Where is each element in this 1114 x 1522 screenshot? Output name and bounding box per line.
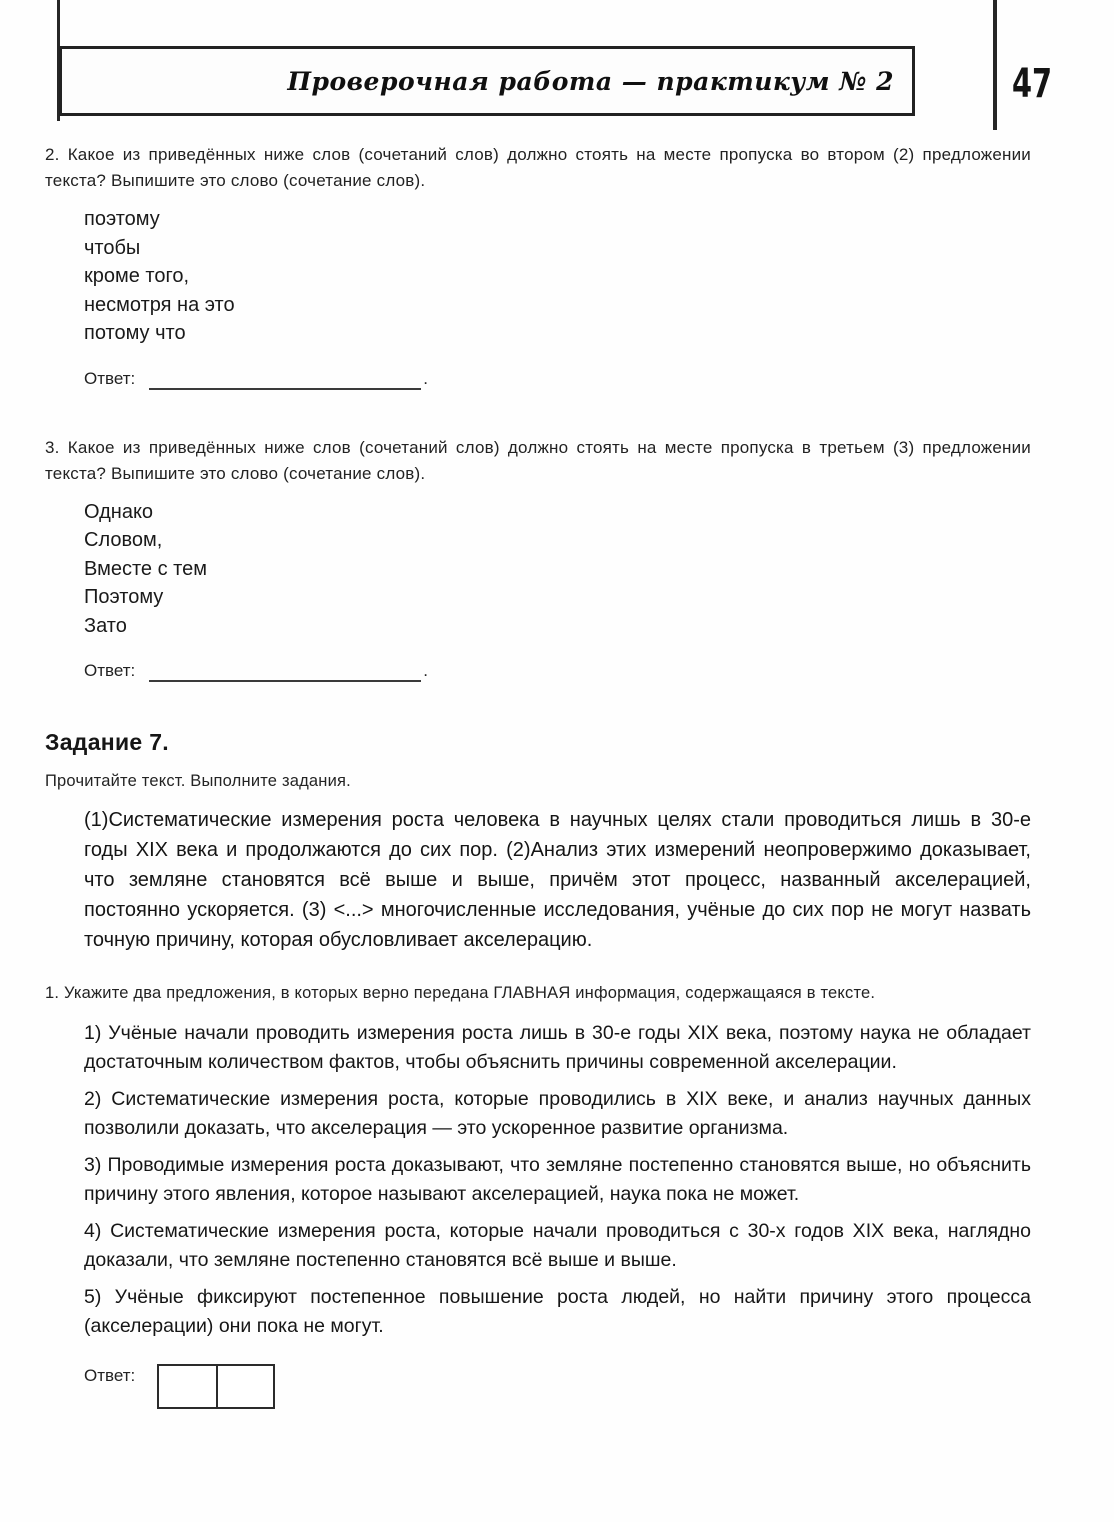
question-2-options: поэтому чтобы кроме того, несмотря на эт… [45,205,1031,348]
question-2-stem: 2. Какое из приведённых ниже слов (сочет… [45,142,1031,194]
option-word: Вместе с тем [84,555,1031,584]
option-word: Однако [84,498,1031,527]
option-word: Зато [84,612,1031,641]
option-word: Поэтому [84,583,1031,612]
answer-cell-1 [159,1366,216,1407]
task-7-q1-option-5: 5) Учёные фиксируют постепенное повышени… [84,1283,1031,1340]
page-frame-right-rule [993,0,997,130]
option-word: несмотря на это [84,291,1031,320]
option-word: Словом, [84,526,1031,555]
option-word: чтобы [84,234,1031,263]
running-header-box: Проверочная работа — практикум № 2 [59,46,915,116]
answer-label: Ответ: [84,1366,135,1387]
task-7-q1-option-3: 3) Проводимые измерения роста доказывают… [84,1151,1031,1208]
answer-label: Ответ: [84,661,135,682]
answer-line-period: . [423,369,428,390]
answer-grid-two-cells [157,1364,275,1409]
option-word: кроме того, [84,262,1031,291]
task-7-question-1-stem: 1. Укажите два предложения, в которых ве… [45,981,1031,1006]
answer-blank-line [149,665,421,682]
task-7-q1-option-2: 2) Систематические измерения роста, кото… [84,1085,1031,1142]
page-number: 47 [1012,64,1052,104]
answer-label: Ответ: [84,369,135,390]
answer-blank-line [149,373,421,390]
option-word: потому что [84,319,1031,348]
question-2-answer-row: Ответ: . [84,369,1031,390]
page-content: 2. Какое из приведённых ниже слов (сочет… [45,142,1031,1409]
answer-cell-2 [216,1366,273,1407]
task-7-q1-option-4: 4) Систематические измерения роста, кото… [84,1217,1031,1274]
question-3-options: Однако Словом, Вместе с тем Поэтому Зато [45,498,1031,641]
task-7-instruction: Прочитайте текст. Выполните задания. [45,772,1031,791]
task-7-heading: Задание 7. [45,729,1031,756]
task-7: Задание 7. Прочитайте текст. Выполните з… [45,729,1031,1409]
question-3-answer-row: Ответ: . [84,661,1031,682]
question-2: 2. Какое из приведённых ниже слов (сочет… [45,142,1031,390]
question-3-stem: 3. Какое из приведённых ниже слов (сочет… [45,435,1031,487]
question-3: 3. Какое из приведённых ниже слов (сочет… [45,435,1031,683]
option-word: поэтому [84,205,1031,234]
running-header-title: Проверочная работа — практикум № 2 [287,67,894,96]
task-7-passage: (1)Систематические измерения роста челов… [84,805,1031,955]
task-7-q1-option-1: 1) Учёные начали проводить измерения рос… [84,1019,1031,1076]
scanned-workbook-page: 47 Проверочная работа — практикум № 2 2.… [0,0,1114,1522]
section-gap [45,390,1031,435]
answer-line-period: . [423,661,428,682]
task-7-q1-answer-row: Ответ: [84,1366,1031,1409]
